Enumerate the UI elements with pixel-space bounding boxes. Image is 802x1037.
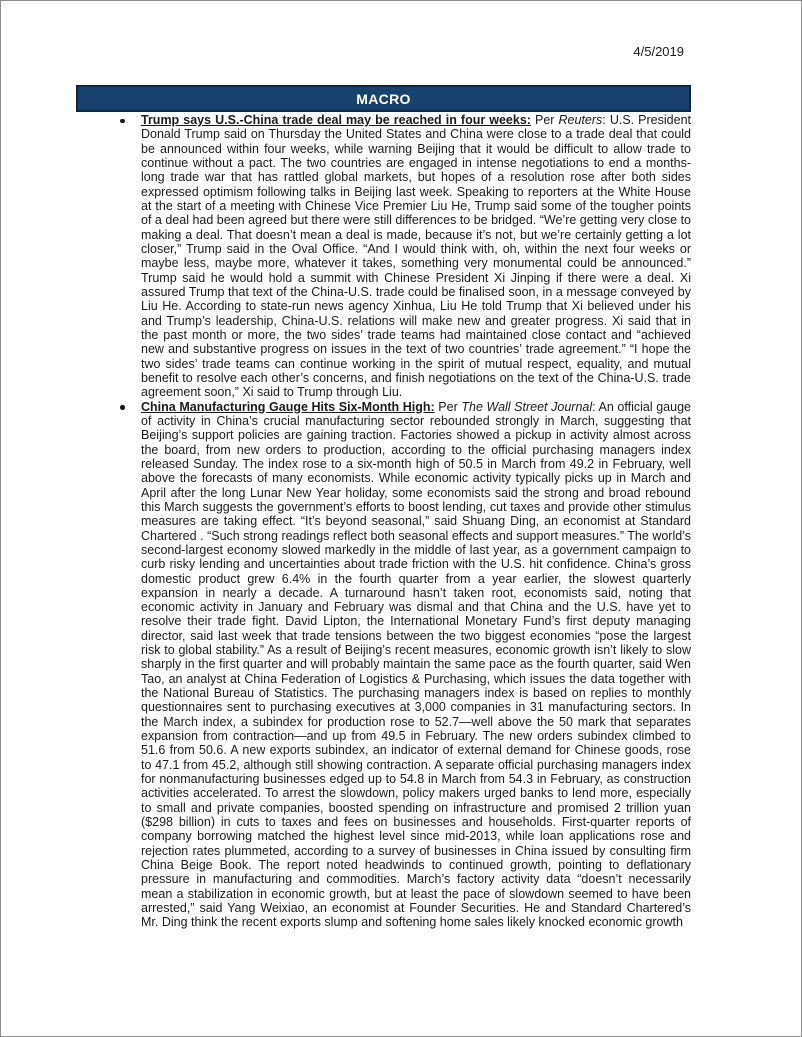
- news-source: Reuters: [559, 113, 603, 127]
- attribution-prefix: Per: [435, 400, 462, 414]
- news-item-china-manufacturing: China Manufacturing Gauge Hits Six-Month…: [76, 400, 691, 930]
- bullet-icon: [120, 119, 125, 124]
- section-header-bar: MACRO: [76, 85, 691, 112]
- news-item-trade-deal: Trump says U.S.-China trade deal may be …: [76, 113, 691, 400]
- attribution-prefix: Per: [531, 113, 559, 127]
- document-date: 4/5/2019: [633, 44, 684, 59]
- news-body: : An official gauge of activity in China…: [141, 400, 691, 930]
- bullet-icon: [120, 405, 125, 410]
- news-source: The Wall Street Journal: [461, 400, 592, 414]
- news-title: Trump says U.S.-China trade deal may be …: [141, 113, 531, 127]
- bullet-list: Trump says U.S.-China trade deal may be …: [76, 113, 691, 930]
- document-body: Trump says U.S.-China trade deal may be …: [76, 113, 691, 930]
- document-page: 4/5/2019 MACRO Trump says U.S.-China tra…: [0, 0, 802, 1037]
- news-paragraph: Trump says U.S.-China trade deal may be …: [141, 113, 691, 399]
- news-body: : U.S. President Donald Trump said on Th…: [141, 113, 691, 399]
- news-title: China Manufacturing Gauge Hits Six-Month…: [141, 400, 435, 414]
- section-title: MACRO: [356, 91, 410, 107]
- news-paragraph: China Manufacturing Gauge Hits Six-Month…: [141, 400, 691, 930]
